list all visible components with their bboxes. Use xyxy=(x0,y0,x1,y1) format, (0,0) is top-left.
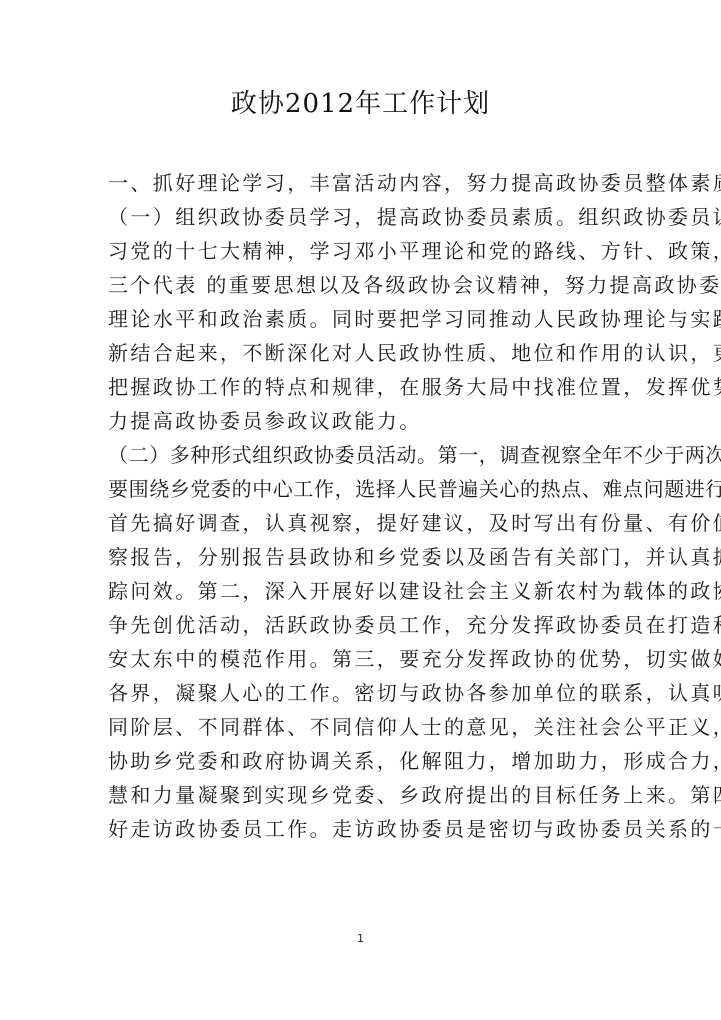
paragraph-line: 察报告，分别报告县政协和乡党委以及函告有关部门，并认真抓好跟 xyxy=(108,540,614,574)
paragraph-line: 要围绕乡党委的中心工作，选择人民普遍关心的热点、难点问题进行。 xyxy=(108,472,614,506)
paragraph-line: 首先搞好调查，认真视察，提好建议，及时写出有份量、有价值的视 xyxy=(108,506,614,540)
paragraph-line: 协助乡党委和政府协调关系，化解阻力，增加助力，形成合力，把智 xyxy=(108,744,614,778)
paragraph-line: 好走访政协委员工作。走访政协委员是密切与政协委员关系的一种好 xyxy=(108,812,614,846)
paragraph-line: 安太东中的模范作用。第三，要充分发挥政协的优势，切实做好团结 xyxy=(108,642,614,676)
paragraph-line: 同阶层、不同群体、不同信仰人士的意见，关注社会公平正义，努力 xyxy=(108,710,614,744)
document-body: 一、抓好理论学习，丰富活动内容，努力提高政协委员整体素质 （一）组织政协委员学习… xyxy=(108,166,614,846)
paragraph-line: 力提高政协委员参政议政能力。 xyxy=(108,404,614,438)
paragraph-line: （二）多种形式组织政协委员活动。第一，调查视察全年不少于两次。 xyxy=(108,438,614,472)
paragraph-line: 慧和力量凝聚到实现乡党委、乡政府提出的目标任务上来。第四，做 xyxy=(108,778,614,812)
paragraph-line: 习党的十七大精神，学习邓小平理论和党的路线、方针、政策，学习 xyxy=(108,234,614,268)
paragraph-line: 三个代表 的重要思想以及各级政协会议精神，努力提高政协委员的 xyxy=(108,268,614,302)
document-title: 政协2012年工作计划 xyxy=(0,86,721,122)
section-heading-1: 一、抓好理论学习，丰富活动内容，努力提高政协委员整体素质 xyxy=(108,166,614,200)
paragraph-line: 各界，凝聚人心的工作。密切与政协各参加单位的联系，认真听取不 xyxy=(108,676,614,710)
document-page: 政协2012年工作计划 一、抓好理论学习，丰富活动内容，努力提高政协委员整体素质… xyxy=(0,0,721,1020)
paragraph-line: 理论水平和政治素质。同时要把学习同推动人民政协理论与实践的创 xyxy=(108,302,614,336)
paragraph-line: （一）组织政协委员学习，提高政协委员素质。组织政协委员认真学 xyxy=(108,200,614,234)
page-number: 1 xyxy=(0,932,721,946)
paragraph-line: 把握政协工作的特点和规律，在服务大局中找准位置，发挥优势，努 xyxy=(108,370,614,404)
paragraph-line: 争先创优活动，活跃政协委员工作，充分发挥政协委员在打造和谐平 xyxy=(108,608,614,642)
paragraph-line: 新结合起来，不断深化对人民政协性质、地位和作用的认识，更好地 xyxy=(108,336,614,370)
paragraph-line: 踪问效。第二，深入开展好以建设社会主义新农村为载体的政协委员 xyxy=(108,574,614,608)
